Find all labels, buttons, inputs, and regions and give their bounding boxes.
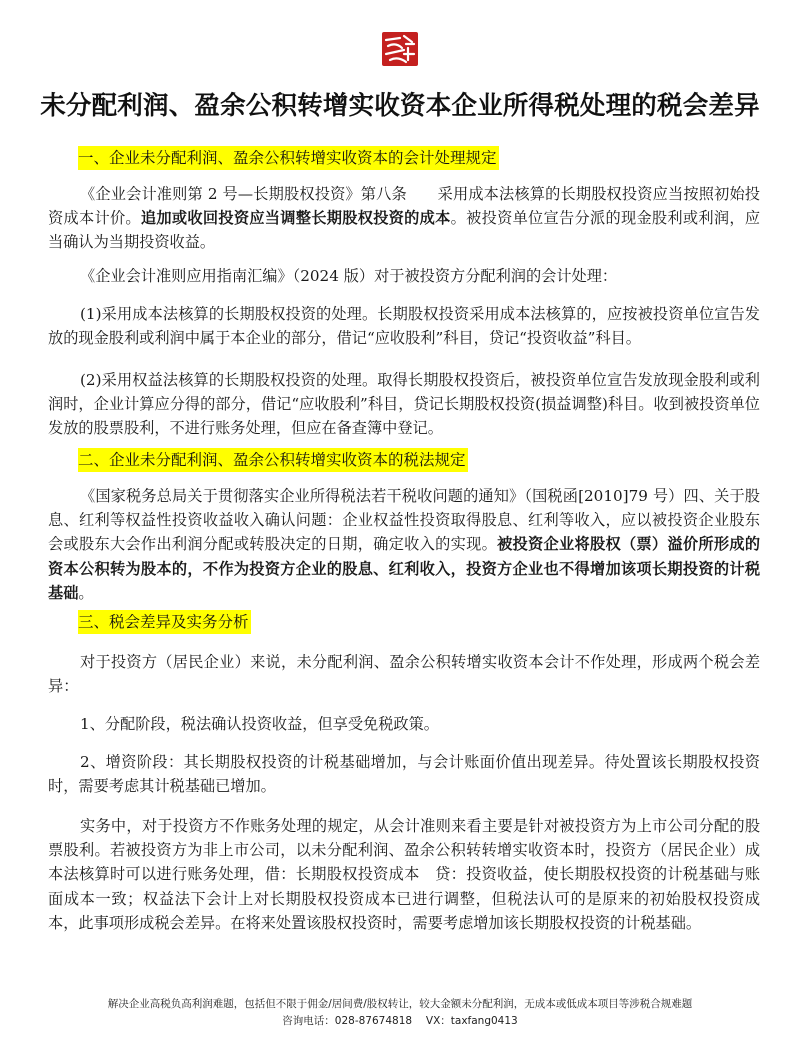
text: 实务中，对于投资方不作账务处理的规定，从会计准则来看主要是针对被投资方为上市公司… <box>48 817 760 932</box>
section-heading-2: 二、企业未分配利润、盈余公积转增实收资本的税法规定 <box>78 448 468 472</box>
paragraph: 《企业会计准则第 2 号—长期股权投资》第八条 采用成本法核算的长期股权投资应当… <box>48 182 760 255</box>
paragraph: 实务中，对于投资方不作账务处理的规定，从会计准则来看主要是针对被投资方为上市公司… <box>48 814 760 935</box>
text: 2、增资阶段：其长期股权投资的计税基础增加，与会计账面价值出现差异。待处置该长期… <box>48 753 760 795</box>
bold-text: 追加或收回投资应当调整长期股权投资的成本 <box>141 209 451 227</box>
paragraph: 《企业会计准则应用指南汇编》（2024 版）对于被投资方分配利润的会计处理： <box>48 264 760 288</box>
section-heading-1: 一、企业未分配利润、盈余公积转增实收资本的会计处理规定 <box>78 146 499 170</box>
paragraph: 对于投资方（居民企业）来说，未分配利润、盈余公积转增实收资本会计不作处理，形成两… <box>48 650 760 698</box>
paragraph: 《国家税务总局关于贯彻落实企业所得税法若干税收问题的通知》（国税函[2010]7… <box>48 484 760 605</box>
paragraph: (2)采用权益法核算的长期股权投资的处理。取得长期股权投资后，被投资单位宣告发放… <box>48 368 760 441</box>
text: (2)采用权益法核算的长期股权投资的处理。取得长期股权投资后，被投资单位宣告发放… <box>48 371 760 437</box>
text: 《企业会计准则应用指南汇编》（2024 版）对于被投资方分配利润的会计处理： <box>80 267 617 285</box>
text: 。 <box>78 584 93 602</box>
text: 对于投资方（居民企业）来说，未分配利润、盈余公积转增实收资本会计不作处理，形成两… <box>48 653 760 695</box>
paragraph: 2、增资阶段：其长期股权投资的计税基础增加，与会计账面价值出现差异。待处置该长期… <box>48 750 760 798</box>
footer-promo-text: 解决企业高税负高利润难题，包括但不限于佣金/居间费/股权转让，较大金额未分配利润… <box>0 996 800 1011</box>
page-title: 未分配利润、盈余公积转增实收资本企业所得税处理的税会差异 <box>0 86 800 122</box>
section-heading-3: 三、税会差异及实务分析 <box>78 610 251 634</box>
text: (1)采用成本法核算的长期股权投资的处理。长期股权投资采用成本法核算的，应按被投… <box>48 305 760 347</box>
seal-glyph-icon <box>382 32 418 66</box>
red-seal-logo-icon <box>382 32 418 66</box>
footer-contact-text: 咨询电话：028-87674818 VX：taxfang0413 <box>0 1013 800 1028</box>
text: 1、分配阶段，税法确认投资收益，但享受免税政策。 <box>80 715 439 733</box>
paragraph: (1)采用成本法核算的长期股权投资的处理。长期股权投资采用成本法核算的，应按被投… <box>48 302 760 350</box>
paragraph: 1、分配阶段，税法确认投资收益，但享受免税政策。 <box>48 712 760 736</box>
